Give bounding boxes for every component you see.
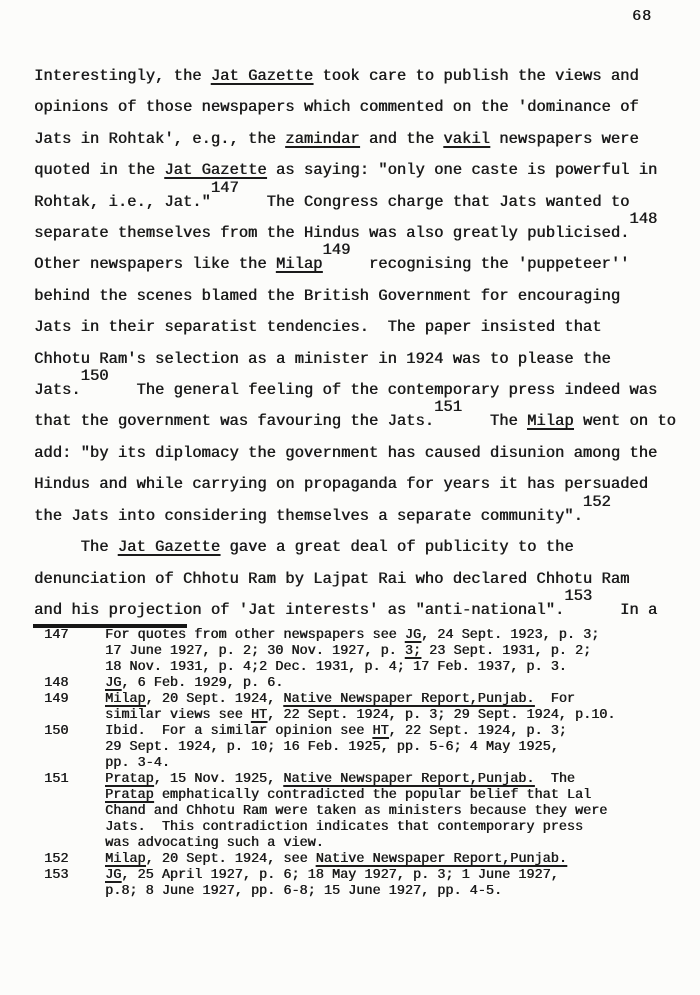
text-run: quoted in the <box>34 161 164 179</box>
text-run: p.8; 8 June 1927, pp. 6-8; 15 June 1927,… <box>105 884 502 899</box>
text-run: similar views see <box>105 708 251 723</box>
text-line: add: "by its diplomacy the government ha… <box>34 438 686 469</box>
text-run: In a <box>592 601 657 619</box>
text-run: recognising the 'puppeteer'' <box>350 255 629 273</box>
footnote-line: pp. 3-4. <box>105 756 686 772</box>
text-run: , 20 Sept. 1924, see <box>146 852 316 867</box>
text-run: Ibid. For a similar opinion see <box>105 724 372 739</box>
footnote-number: 152 <box>44 852 105 868</box>
footnote-line: Chand and Chhotu Ram were taken as minis… <box>105 804 686 820</box>
text-line: Rohtak, i.e., Jat."147 The Congress char… <box>34 187 686 218</box>
page-number: 68 <box>632 8 652 25</box>
underlined-title: Milap <box>105 692 146 707</box>
text-line: quoted in the Jat Gazette as saying: "on… <box>34 155 686 186</box>
text-run: 17 June 1927, p. 2; 30 Nov. 1927, p. <box>105 644 405 659</box>
footnote-number: 149 <box>44 692 105 708</box>
text-run: , 15 Nov. 1925, <box>154 772 284 787</box>
text-run: Jats. <box>34 381 81 399</box>
text-run: as saying: "only one caste is powerful i… <box>267 161 658 179</box>
text-line: the Jats into considering themselves a s… <box>34 501 686 532</box>
text-run: Jats in Rohtak', e.g., the <box>34 130 285 148</box>
text-run: went on to <box>574 412 676 430</box>
footnote-line: JG, 6 Feb. 1929, p. 6. <box>105 676 686 692</box>
text-run: was advocating such a view. <box>105 836 324 851</box>
underlined-title: Jat Gazette <box>118 538 220 556</box>
underlined-title: Native Newspaper Report,Punjab. <box>283 772 534 787</box>
text-line: Jats in Rohtak', e.g., the zamindar and … <box>34 124 686 155</box>
footnote-line: Milap, 20 Sept. 1924, Native Newspaper R… <box>105 692 686 708</box>
footnote-line: Jats. This contradiction indicates that … <box>105 820 686 836</box>
footnote-item: 147For quotes from other newspapers see … <box>44 628 686 676</box>
footnote-text: For quotes from other newspapers see JG,… <box>105 628 686 676</box>
text-run: The <box>462 412 527 430</box>
footnote-number: 150 <box>44 724 105 740</box>
text-run: Jats in their separatist tendencies. The… <box>34 318 601 336</box>
footnote-line: 17 June 1927, p. 2; 30 Nov. 1927, p. 3; … <box>105 644 686 660</box>
footnote-ref: 152 <box>583 493 611 511</box>
footnote-item: 151Pratap, 15 Nov. 1925, Native Newspape… <box>44 772 686 852</box>
text-run: The general feeling of the contemporary … <box>108 381 657 399</box>
text-line: Other newspapers like the Milap149 recog… <box>34 249 686 280</box>
footnote-line: For quotes from other newspapers see JG,… <box>105 628 686 644</box>
text-run: , 24 Sept. 1923, p. 3; <box>421 628 599 643</box>
text-run: , 22 Sept. 1924, p. 3; <box>389 724 567 739</box>
text-run: Rohtak, i.e., Jat." <box>34 193 211 211</box>
underlined-title: zamindar <box>285 130 359 148</box>
footnote-text: Pratap, 15 Nov. 1925, Native Newspaper R… <box>105 772 686 852</box>
footnote-number: 147 <box>44 628 105 644</box>
footnote-ref: 148 <box>629 210 657 228</box>
text-run: For <box>534 692 575 707</box>
footnote-text: Milap, 20 Sept. 1924, see Native Newspap… <box>105 852 686 868</box>
underlined-title: Native Newspaper Report,Punjab. <box>283 692 534 707</box>
text-run: add: "by its diplomacy the government ha… <box>34 444 657 462</box>
text-line: The Jat Gazette gave a great deal of pub… <box>34 532 686 563</box>
underlined-title: Milap <box>527 412 574 430</box>
footnote-ref: 151 <box>434 398 462 416</box>
footnote-line: Ibid. For a similar opinion see HT, 22 S… <box>105 724 686 740</box>
body-text: Interestingly, the Jat Gazette took care… <box>34 61 686 626</box>
footnote-ref: 149 <box>322 241 350 259</box>
text-line: behind the scenes blamed the British Gov… <box>34 281 686 312</box>
text-line: opinions of those newspapers which comme… <box>34 92 686 123</box>
footnote-text: JG, 25 April 1927, p. 6; 18 May 1927, p.… <box>105 868 686 900</box>
text-run: Chand and Chhotu Ram were taken as minis… <box>105 804 607 819</box>
footnote-text: Milap, 20 Sept. 1924, Native Newspaper R… <box>105 692 686 724</box>
text-run: the Jats into considering themselves a s… <box>34 507 583 525</box>
underlined-title: JG <box>105 868 121 883</box>
footnote-text: JG, 6 Feb. 1929, p. 6. <box>105 676 686 692</box>
text-run: , 25 April 1927, p. 6; 18 May 1927, p. 3… <box>121 868 558 883</box>
text-run: The Congress charge that Jats wanted to <box>239 193 630 211</box>
underlined-title: HT <box>372 724 388 739</box>
text-run: 18 Nov. 1931, p. 4;2 Dec. 1931, p. 4; 17… <box>105 660 567 675</box>
text-run: Other newspapers like the <box>34 255 276 273</box>
footnote-line: p.8; 8 June 1927, pp. 6-8; 15 June 1927,… <box>105 884 686 900</box>
text-run: Jats. This contradiction indicates that … <box>105 820 583 835</box>
footnote-line: Pratap, 15 Nov. 1925, Native Newspaper R… <box>105 772 686 788</box>
footnote-line: was advocating such a view. <box>105 836 686 852</box>
text-run: For quotes from other newspapers see <box>105 628 405 643</box>
text-run: , 22 Sept. 1924, p. 3; 29 Sept. 1924, p.… <box>267 708 615 723</box>
text-run: Interestingly, the <box>34 67 211 85</box>
document-page: 68 Interestingly, the Jat Gazette took c… <box>0 0 700 995</box>
footnotes: 147For quotes from other newspapers see … <box>44 628 686 900</box>
underlined-title: vakil <box>443 130 490 148</box>
text-run: , 6 Feb. 1929, p. 6. <box>121 676 283 691</box>
footnote-ref: 153 <box>564 587 592 605</box>
underlined-title: Pratap <box>105 788 154 803</box>
underlined-title: JG <box>105 676 121 691</box>
text-run: , 20 Sept. 1924, <box>146 692 284 707</box>
text-run: behind the scenes blamed the British Gov… <box>34 287 620 305</box>
text-run: Chhotu Ram's selection as a minister in … <box>34 350 611 368</box>
text-line: Jats.150 The general feeling of the cont… <box>34 375 686 406</box>
footnote-line: similar views see HT, 22 Sept. 1924, p. … <box>105 708 686 724</box>
text-run: denunciation of Chhotu Ram by Lajpat Rai… <box>34 570 629 588</box>
text-run: The <box>534 772 575 787</box>
text-run: gave a great deal of publicity to the <box>220 538 573 556</box>
text-run: Hindus and while carrying on propaganda … <box>34 475 648 493</box>
footnote-line: JG, 25 April 1927, p. 6; 18 May 1927, p.… <box>105 868 686 884</box>
footnote-line: Milap, 20 Sept. 1924, see Native Newspap… <box>105 852 686 868</box>
footnote-ref: 150 <box>81 367 109 385</box>
footnote-separator <box>33 624 187 628</box>
underlined-title: Milap <box>276 255 323 273</box>
text-run: and his projection of 'Jat interests' as… <box>34 601 564 619</box>
text-run: and the <box>360 130 444 148</box>
footnote-item: 149Milap, 20 Sept. 1924, Native Newspape… <box>44 692 686 724</box>
footnote-text: Ibid. For a similar opinion see HT, 22 S… <box>105 724 686 772</box>
underlined-title: JG <box>405 628 421 643</box>
text-line: Interestingly, the Jat Gazette took care… <box>34 61 686 92</box>
footnote-line: 29 Sept. 1924, p. 10; 16 Feb. 1925, pp. … <box>105 740 686 756</box>
text-line: separate themselves from the Hindus was … <box>34 218 686 249</box>
footnote-item: 148JG, 6 Feb. 1929, p. 6. <box>44 676 686 692</box>
text-line: and his projection of 'Jat interests' as… <box>34 595 686 626</box>
text-run: 23 Sept. 1931, p. 2; <box>421 644 591 659</box>
text-run: took care to publish the views and <box>313 67 639 85</box>
footnote-line: Pratap emphatically contradicted the pop… <box>105 788 686 804</box>
text-run: The <box>34 538 118 556</box>
text-run: 29 Sept. 1924, p. 10; 16 Feb. 1925, pp. … <box>105 740 559 755</box>
text-run: pp. 3-4. <box>105 756 170 771</box>
footnote-number: 153 <box>44 868 105 884</box>
footnote-line: 18 Nov. 1931, p. 4;2 Dec. 1931, p. 4; 17… <box>105 660 686 676</box>
text-line: Chhotu Ram's selection as a minister in … <box>34 344 686 375</box>
text-run: emphatically contradicted the popular be… <box>154 788 591 803</box>
footnote-ref: 147 <box>211 179 239 197</box>
footnote-item: 153JG, 25 April 1927, p. 6; 18 May 1927,… <box>44 868 686 900</box>
underlined-title: HT <box>251 708 267 723</box>
underlined-title: Native Newspaper Report,Punjab. <box>316 852 567 867</box>
footnote-item: 152Milap, 20 Sept. 1924, see Native News… <box>44 852 686 868</box>
underlined-title: Milap <box>105 852 146 867</box>
text-run: that the government was favouring the Ja… <box>34 412 434 430</box>
underlined-title: Jat Gazette <box>164 161 266 179</box>
footnote-item: 150Ibid. For a similar opinion see HT, 2… <box>44 724 686 772</box>
text-run: separate themselves from the Hindus was … <box>34 224 629 242</box>
underlined-title: Jat Gazette <box>211 67 313 85</box>
footnote-number: 151 <box>44 772 105 788</box>
footnote-number: 148 <box>44 676 105 692</box>
text-line: that the government was favouring the Ja… <box>34 406 686 437</box>
text-run: opinions of those newspapers which comme… <box>34 98 639 116</box>
text-line: Jats in their separatist tendencies. The… <box>34 312 686 343</box>
text-run: newspapers were <box>490 130 639 148</box>
underlined-title: 3; <box>405 644 421 659</box>
underlined-title: Pratap <box>105 772 154 787</box>
